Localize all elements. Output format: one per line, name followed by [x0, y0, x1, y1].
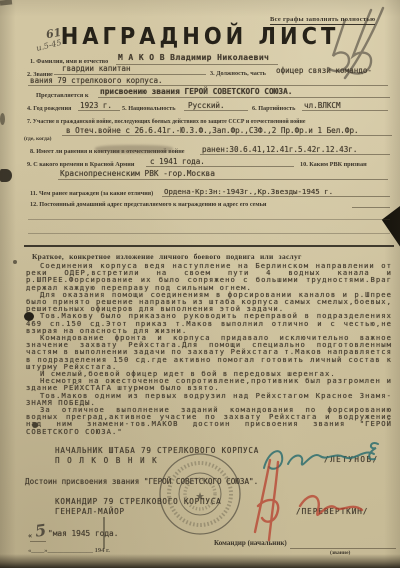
scan-artifact-left-3: [13, 260, 17, 264]
field7-label: 7. Участие в гражданской войне, последую…: [27, 119, 305, 125]
rank-sublabel: (звание): [330, 550, 350, 556]
scan-artifact-left-1: [0, 113, 5, 125]
citation-paragraph: За отличное выполнение заданий командова…: [26, 406, 392, 435]
field7-sublabel: (где, когда): [24, 136, 51, 142]
chief-of-staff-rank: П О Л К О В Н И К: [55, 456, 158, 465]
field9-label: 9. С какого времени в Красной Армии: [27, 161, 134, 168]
presented-for-label: Представляется к: [36, 92, 89, 99]
field-underline: [30, 541, 46, 542]
citation-paragraph: Командование фронта и корпуса придавало …: [26, 334, 392, 370]
field-underline: [78, 110, 120, 111]
field5-value: Русский.: [188, 101, 225, 110]
field-underline: [58, 179, 388, 180]
citation-paragraph: Тов.Макову было приказано руководить пер…: [26, 312, 392, 334]
bottom-edge-shadow: [0, 554, 400, 568]
field-underline: [62, 135, 392, 136]
field-underline: [146, 166, 294, 167]
citation-paragraph: Для оказания помощи соединениям в форсир…: [26, 291, 392, 313]
field-underline: [352, 207, 390, 208]
presented-for-value: присвоению звания ГЕРОЙ СОВЕТСКОГО СОЮЗА…: [100, 87, 292, 96]
stamp-star-icon: ★: [195, 486, 204, 504]
field10-value: Краснопресненским РВК -гор.Москва: [60, 169, 215, 178]
field4-value: 1923 г.: [80, 101, 112, 110]
field1-value: М А К О В Владимир Николаевич: [118, 53, 269, 62]
field3-label: 3. Должность, часть: [210, 70, 266, 77]
field-underline: [98, 97, 390, 98]
field-underline: [116, 64, 278, 65]
pencil-smudge: [95, 145, 173, 153]
commander-signature-label: Командир (начальник): [214, 539, 287, 547]
citation-paragraph: Несмотря на ожесточенное сопротивление,п…: [26, 377, 392, 391]
date-handwritten-day: 5: [34, 520, 48, 540]
pencil-vertical-stroke: [103, 517, 105, 549]
field-underline: [302, 110, 388, 111]
field-underline: [162, 196, 390, 197]
date-open-quote: «: [28, 531, 32, 540]
field9-value: с 1941 года.: [150, 157, 205, 166]
section-divider: [24, 245, 394, 247]
field12-label: 12. Постоянный домашний адрес представля…: [30, 201, 266, 208]
field-underline: [28, 85, 388, 86]
date-typed-text: "мая 1945 года.: [48, 529, 118, 538]
field6-value: чл.ВЛКСМ: [304, 101, 341, 110]
field8-value: ранен:30.6.41,12.41г.5.42г.12.43г.: [202, 145, 357, 154]
corps-commander-rank: ГЕНЕРАЛ-МАЙОР: [55, 507, 125, 516]
scan-artifact-left-2: [0, 169, 12, 182]
award-sheet-document: 61 и.5-45 Все графы заполнять полностью …: [0, 0, 400, 568]
field2-value: гвардии капитан: [62, 64, 131, 73]
citation-text: Соединения корпуса ведя наступление на Б…: [26, 262, 392, 435]
field3-value-line1: офицер связи командо-: [276, 66, 372, 75]
blank-date-template: «____»______________ 194 г.: [28, 547, 110, 554]
blank-line: [28, 219, 390, 220]
citation-paragraph: Соединения корпуса ведя наступление на Б…: [26, 262, 392, 291]
field-underline: [200, 154, 390, 155]
field7-value: в Отеч.войне с 26.6.41г.-Ю.З.Ф.,Зап.Фр.,…: [66, 126, 359, 135]
document-title: НАГРАДНОЙ ЛИСТ: [0, 23, 400, 50]
field-underline: [290, 548, 396, 549]
citation-paragraph: Тов.Маков одним из первых водрузил над Р…: [26, 392, 392, 406]
field5-label: 5. Национальность: [122, 105, 176, 112]
field-underline: [54, 74, 206, 75]
scan-artifact-top-left: [0, 0, 12, 6]
field11-label: 11. Чем ранее награжден (за какие отличи…: [30, 190, 153, 197]
citation-header: Краткое, конкретное изложение личного бо…: [32, 252, 302, 261]
blank-line: [28, 233, 390, 234]
field6-label: 6. Партийность: [252, 105, 295, 112]
field10-label: 10. Каким РВК призван: [300, 161, 367, 168]
field4-label: 4. Год рождения: [27, 105, 71, 112]
field-underline: [184, 110, 248, 111]
field3-value-line2: вания 79 стрелкового корпуса.: [30, 76, 163, 85]
field11-value: Ордена-Кр:Зн:-1943г.,Кр.Звезды-1945 г.: [164, 187, 333, 196]
